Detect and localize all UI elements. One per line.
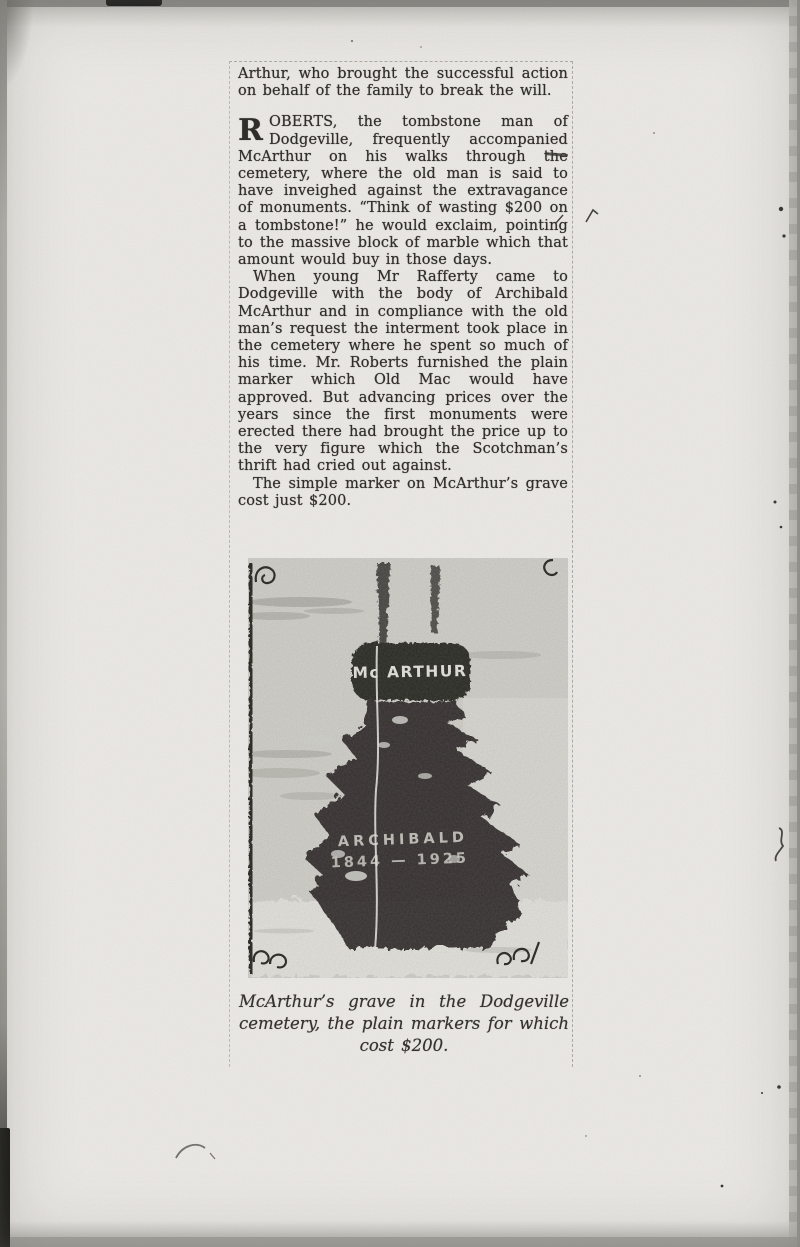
scan-edge-bottom: [0, 1237, 800, 1247]
scan-edge-notch: [106, 0, 162, 6]
scanned-newspaper-page: Arthur, who brought the successful actio…: [0, 0, 800, 1247]
scan-edge-top-fade: [0, 7, 800, 27]
photo-grain-light: [248, 558, 568, 978]
dropcap-letter: R: [238, 114, 269, 145]
scan-edge-left: [0, 0, 7, 1247]
paragraph-roberts: ROBERTS, the tombstone man of Dodgeville…: [238, 114, 568, 269]
paragraph-marker: The simple marker on McArthur’s grave co…: [238, 476, 568, 510]
paragraph-intro: Arthur, who brought the successful actio…: [238, 66, 568, 100]
article-column: Arthur, who brought the successful actio…: [238, 66, 568, 510]
paragraph-roberts-text: OBERTS, the tombstone man of Dodgeville,…: [238, 114, 568, 268]
paragraph-rafferty: When young Mr Rafferty came to Dodgevill…: [238, 269, 568, 475]
scan-edge-left-dark: [0, 1128, 10, 1247]
photo-caption: McArthur’s grave in the Dodgeville cemet…: [239, 991, 569, 1057]
scan-edge-bottom-fade: [0, 1221, 800, 1237]
grave-photo: Mc ARTHUR ARCHIBALD 1844 — 1925: [248, 558, 568, 978]
